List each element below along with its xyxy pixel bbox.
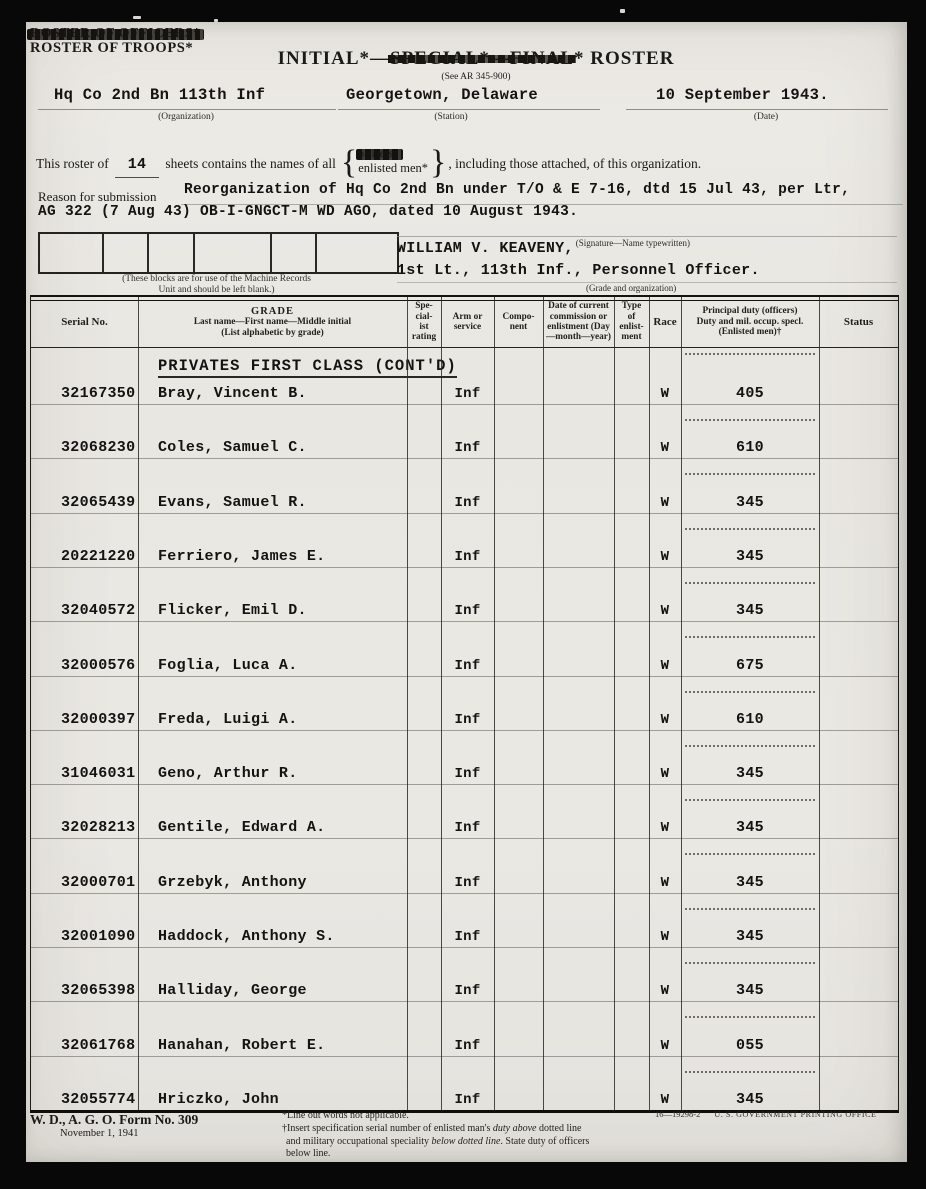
cell-specialist-rating (407, 511, 441, 513)
print-office: U. S. GOVERNMENT PRINTING OFFICE (714, 1110, 876, 1119)
column-header-grade-name: GRADELast name—First name—Middle initial… (138, 297, 407, 347)
sentence-part2: sheets contains the names of all (165, 156, 336, 178)
cell-race: W (649, 712, 681, 730)
cell-race: W (649, 440, 681, 458)
column-header-date-enlistment: Date of currentcommission orenlistment (… (543, 297, 614, 347)
footnote-3a: and military occupational speciality (286, 1136, 432, 1147)
cell-serial: 32001090 (31, 928, 138, 947)
cell-grade-name: Evans, Samuel R. (138, 494, 407, 513)
left-brace: { (341, 149, 357, 178)
cell-arm-service: Inf (441, 549, 494, 567)
cell-status (819, 891, 898, 893)
cell-component (494, 1054, 543, 1056)
cell-component (494, 456, 543, 458)
cell-arm-service: Inf (441, 983, 494, 1001)
footnote-3c: . State duty of officers (500, 1136, 589, 1147)
cell-component (494, 782, 543, 784)
column-header-race: Race (649, 297, 681, 347)
cell-arm-service: Inf (441, 658, 494, 676)
cell-status (819, 999, 898, 1001)
cell-date-enlistment (543, 945, 614, 947)
column-divider (681, 297, 682, 1110)
roster-sentence: This roster of 14 sheets contains the na… (36, 148, 701, 178)
signature-line: WILLIAM V. KEAVENY, (Signature—Name type… (397, 240, 690, 257)
cell-serial: 32167350 (31, 385, 138, 404)
column-header-line: enlist- (619, 322, 643, 332)
cell-type-enlistment (614, 565, 649, 567)
column-header-line: Status (844, 316, 873, 328)
roster-table-body: PRIVATES FIRST CLASS (CONT'D)32167350Bra… (31, 347, 898, 1110)
cell-race: W (649, 549, 681, 567)
cell-specialist-rating (407, 836, 441, 838)
cell-grade-name: Foglia, Luca A. (138, 657, 407, 676)
cell-type-enlistment (614, 728, 649, 730)
cell-grade-name: Hriczko, John (138, 1091, 407, 1110)
column-header-line: enlistment (Day (547, 322, 610, 332)
column-header-serial: Serial No. (31, 297, 138, 347)
print-info: 16—19298-2 U. S. GOVERNMENT PRINTING OFF… (655, 1109, 877, 1119)
footnote-2a: †Insert specification serial number of e… (282, 1123, 493, 1134)
cell-race: W (649, 875, 681, 893)
cell-grade-name: Geno, Arthur R. (138, 765, 407, 784)
cell-date-enlistment (543, 511, 614, 513)
cell-race: W (649, 820, 681, 838)
cell-principal-duty: 405 (681, 385, 819, 404)
reason-line2: AG 322 (7 Aug 43) OB-I-GNGCT-M WD AGO, d… (38, 204, 578, 220)
cell-principal-duty: 610 (681, 439, 819, 458)
table-row: 32000576Foglia, Luca A.InfW675 (31, 623, 898, 677)
table-row: 32028213Gentile, Edward A.InfW345 (31, 785, 898, 839)
cell-status (819, 402, 898, 404)
cell-date-enlistment (543, 619, 614, 621)
column-header-line: Type (622, 301, 641, 311)
machine-records-box (38, 232, 399, 274)
column-divider (543, 297, 544, 1110)
column-divider (138, 297, 139, 1110)
column-divider (649, 297, 650, 1110)
cell-type-enlistment (614, 836, 649, 838)
column-header-component: Compo-nent (494, 297, 543, 347)
form-number: W. D., A. G. O. Form No. 309 (30, 1112, 198, 1128)
cell-race: W (649, 658, 681, 676)
column-header-line: Last name—First name—Middle initial (194, 317, 351, 327)
cell-arm-service: Inf (441, 603, 494, 621)
table-row: 32065439Evans, Samuel R.InfW345 (31, 460, 898, 514)
station-field-value: Georgetown, Delaware (346, 86, 538, 104)
column-header-line: (Enlisted men)† (719, 327, 782, 337)
title-reference: (See AR 345-900) (236, 72, 716, 82)
cell-principal-duty: 345 (681, 765, 819, 784)
cell-serial: 32061768 (31, 1037, 138, 1056)
cell-date-enlistment (543, 782, 614, 784)
column-header-line: Compo- (502, 312, 534, 322)
cell-status (819, 836, 898, 838)
cell-specialist-rating (407, 945, 441, 947)
cell-specialist-rating (407, 1108, 441, 1110)
column-header-status: Status (819, 297, 898, 347)
column-header-line: Duty and mil. occup. specl. (697, 317, 804, 327)
cell-component (494, 619, 543, 621)
station-field-label: (Station) (371, 112, 531, 122)
cell-date-enlistment (543, 999, 614, 1001)
cell-grade-name: Haddock, Anthony S. (138, 928, 407, 947)
cell-component (494, 836, 543, 838)
cell-date-enlistment (543, 1108, 614, 1110)
cell-date-enlistment (543, 565, 614, 567)
table-row: 32167350Bray, Vincent B.InfW405 (31, 351, 898, 405)
cell-status (819, 728, 898, 730)
cell-specialist-rating (407, 619, 441, 621)
cell-arm-service: Inf (441, 386, 494, 404)
cell-date-enlistment (543, 728, 614, 730)
cell-component (494, 728, 543, 730)
cell-component (494, 565, 543, 567)
cell-race: W (649, 603, 681, 621)
cell-principal-duty: 345 (681, 928, 819, 947)
enlisted-men-option: enlisted men* (358, 161, 428, 175)
column-divider (441, 297, 442, 1110)
title-pre: INITIAL*— (278, 48, 390, 69)
column-header-line: service (454, 322, 481, 332)
table-row: 32065398Halliday, GeorgeInfW345 (31, 948, 898, 1002)
cell-type-enlistment (614, 402, 649, 404)
machine-box-divider (270, 234, 272, 272)
footnote-3: and military occupational speciality bel… (282, 1136, 674, 1149)
cell-status (819, 565, 898, 567)
footnote-2b: duty above (493, 1123, 537, 1134)
cell-status (819, 674, 898, 676)
cell-specialist-rating (407, 728, 441, 730)
column-divider (819, 297, 820, 1110)
cell-race: W (649, 1038, 681, 1056)
table-row: 32068230Coles, Samuel C.InfW610 (31, 405, 898, 459)
roster-of-troops-heading: ROSTER OF TROOPS* (30, 40, 193, 57)
cell-grade-name: Flicker, Emil D. (138, 602, 407, 621)
cell-serial: 32068230 (31, 439, 138, 458)
column-header-arm-service: Arm orservice (441, 297, 494, 347)
cell-date-enlistment (543, 891, 614, 893)
cell-date-enlistment (543, 674, 614, 676)
column-divider (614, 297, 615, 1110)
organization-rule (38, 109, 336, 110)
cell-status (819, 1054, 898, 1056)
column-header-line: Spe- (415, 301, 433, 311)
cell-grade-name: Ferriero, James E. (138, 548, 407, 567)
cell-grade-name: Coles, Samuel C. (138, 439, 407, 458)
cell-arm-service: Inf (441, 1092, 494, 1110)
signature-grade: 1st Lt., 113th Inf., Personnel Officer. (397, 262, 760, 279)
column-header-line: ment (621, 332, 641, 342)
date-field-label: (Date) (686, 112, 846, 122)
page-title: INITIAL*—SPECIAL*—FINAL* ROSTER (236, 48, 716, 70)
reason-label: Reason for submission (38, 189, 156, 205)
cell-type-enlistment (614, 674, 649, 676)
brace-options: officers* enlisted men* (358, 148, 428, 178)
print-code: 16—19298-2 (655, 1109, 700, 1119)
cell-arm-service: Inf (441, 1038, 494, 1056)
table-row: 20221220Ferriero, James E.InfW345 (31, 514, 898, 568)
cell-arm-service: Inf (441, 820, 494, 838)
cell-type-enlistment (614, 511, 649, 513)
cell-serial: 32040572 (31, 602, 138, 621)
footnotes: *Line out words not applicable. †Insert … (282, 1110, 674, 1161)
cell-serial: 20221220 (31, 548, 138, 567)
cell-type-enlistment (614, 945, 649, 947)
roster-table: Serial No.GRADELast name—First name—Midd… (30, 295, 899, 1113)
cell-component (494, 999, 543, 1001)
cell-status (819, 1108, 898, 1110)
date-rule (626, 109, 888, 110)
cell-arm-service: Inf (441, 440, 494, 458)
column-divider (407, 297, 408, 1110)
cell-principal-duty: 675 (681, 657, 819, 676)
cell-specialist-rating (407, 456, 441, 458)
cell-grade-name: Gentile, Edward A. (138, 819, 407, 838)
cell-arm-service: Inf (441, 875, 494, 893)
cell-principal-duty: 055 (681, 1037, 819, 1056)
cell-race: W (649, 1092, 681, 1110)
cell-arm-service: Inf (441, 929, 494, 947)
cell-serial: 32065398 (31, 982, 138, 1001)
table-row: 32000397Freda, Luigi A.InfW610 (31, 677, 898, 731)
cell-race: W (649, 386, 681, 404)
column-header-line: rating (412, 332, 436, 342)
cell-type-enlistment (614, 1054, 649, 1056)
cell-status (819, 782, 898, 784)
cell-grade-name: Freda, Luigi A. (138, 711, 407, 730)
cell-serial: 32000701 (31, 874, 138, 893)
cell-specialist-rating (407, 891, 441, 893)
cell-serial: 32065439 (31, 494, 138, 513)
footnote-3b: below dotted line (432, 1136, 501, 1147)
cell-status (819, 945, 898, 947)
right-brace: } (430, 149, 446, 178)
column-header-line: Race (653, 316, 676, 328)
column-header-line: ist (419, 322, 428, 332)
cell-specialist-rating (407, 674, 441, 676)
cell-grade-name: Grzebyk, Anthony (138, 874, 407, 893)
cell-serial: 32000576 (31, 657, 138, 676)
title-struck-words: SPECIAL*—FINAL (390, 48, 574, 70)
footnote-2: †Insert specification serial number of e… (282, 1123, 674, 1136)
reason-line1: Reorganization of Hq Co 2nd Bn under T/O… (184, 182, 850, 198)
cell-type-enlistment (614, 891, 649, 893)
cell-grade-name: Bray, Vincent B. (138, 385, 407, 404)
cell-grade-name: Hanahan, Robert E. (138, 1037, 407, 1056)
cell-race: W (649, 983, 681, 1001)
machine-box-divider (315, 234, 317, 272)
signature-name-label: (Signature—Name typewritten) (576, 238, 690, 248)
cell-component (494, 945, 543, 947)
cell-specialist-rating (407, 565, 441, 567)
column-header-line: commission or (550, 312, 608, 322)
cell-date-enlistment (543, 1054, 614, 1056)
cell-principal-duty: 345 (681, 602, 819, 621)
cell-arm-service: Inf (441, 712, 494, 730)
column-header-line: (List alphabetic by grade) (221, 328, 324, 338)
table-row: 32055774Hriczko, JohnInfW345 (31, 1057, 898, 1110)
footnote-2c: dotted line (537, 1123, 582, 1134)
cell-principal-duty: 345 (681, 819, 819, 838)
machine-box-caption: (These blocks are for use of the Machine… (38, 274, 395, 297)
cell-status (819, 619, 898, 621)
date-field-value: 10 September 1943. (656, 86, 829, 104)
table-row: 32000701Grzebyk, AnthonyInfW345 (31, 840, 898, 894)
form-date: November 1, 1941 (60, 1128, 138, 1139)
cell-serial: 32028213 (31, 819, 138, 838)
sentence-part3: , including those attached, of this orga… (448, 156, 701, 178)
table-row: 32040572Flicker, Emil D.InfW345 (31, 568, 898, 622)
scan-speck (133, 16, 141, 19)
cell-type-enlistment (614, 782, 649, 784)
cell-type-enlistment (614, 999, 649, 1001)
column-header-line: Principal duty (officers) (702, 306, 797, 316)
cell-race: W (649, 495, 681, 513)
signature-grade-label: (Grade and organization) (586, 283, 676, 293)
cell-type-enlistment (614, 456, 649, 458)
cell-type-enlistment (614, 619, 649, 621)
cell-principal-duty: 610 (681, 711, 819, 730)
cell-specialist-rating (407, 999, 441, 1001)
column-header-specialist-rating: Spe-cial-istrating (407, 297, 441, 347)
cell-component (494, 511, 543, 513)
cell-principal-duty: 345 (681, 982, 819, 1001)
column-header-line: Serial No. (61, 316, 107, 328)
cell-arm-service: Inf (441, 495, 494, 513)
scanned-document-page: { "page": { "crossed_header": "ROSTER OF… (0, 0, 926, 1189)
cell-grade-name: Halliday, George (138, 982, 407, 1001)
cell-status (819, 456, 898, 458)
scan-speck (620, 9, 625, 13)
table-row: 32061768Hanahan, Robert E.InfW055 (31, 1003, 898, 1057)
cell-principal-duty: 345 (681, 548, 819, 567)
cell-serial: 32000397 (31, 711, 138, 730)
title-post: * ROSTER (574, 48, 674, 69)
cell-date-enlistment (543, 836, 614, 838)
cell-component (494, 1108, 543, 1110)
cell-serial: 32055774 (31, 1091, 138, 1110)
footnote-4: below line. (282, 1148, 674, 1161)
crossed-out-officers-option: officers* (358, 148, 399, 161)
column-header-line: Arm or (453, 312, 483, 322)
signature-name: WILLIAM V. KEAVENY, (397, 240, 574, 257)
column-header-line: Date of current (548, 301, 609, 311)
document-paper: ROSTER OF OFFICERS* ROSTER OF TROOPS* IN… (26, 22, 907, 1162)
column-header-line: GRADE (251, 306, 294, 318)
machine-box-divider (102, 234, 104, 272)
machine-box-divider (193, 234, 195, 272)
cell-principal-duty: 345 (681, 494, 819, 513)
cell-serial: 31046031 (31, 765, 138, 784)
cell-principal-duty: 345 (681, 1091, 819, 1110)
column-header-principal-duty: Principal duty (officers)Duty and mil. o… (681, 297, 819, 347)
station-rule (338, 109, 600, 110)
column-header-line: nent (510, 322, 528, 332)
cell-type-enlistment (614, 1108, 649, 1110)
sheet-count-value: 14 (115, 156, 160, 178)
cell-component (494, 674, 543, 676)
organization-field-label: (Organization) (106, 112, 266, 122)
machine-box-caption-line1: (These blocks are for use of the Machine… (38, 274, 395, 285)
roster-table-header: Serial No.GRADELast name—First name—Midd… (31, 297, 898, 348)
cell-date-enlistment (543, 402, 614, 404)
cell-status (819, 511, 898, 513)
cell-arm-service: Inf (441, 766, 494, 784)
cell-component (494, 402, 543, 404)
cell-specialist-rating (407, 782, 441, 784)
machine-box-divider (147, 234, 149, 272)
sentence-part1: This roster of (36, 156, 109, 178)
cell-specialist-rating (407, 402, 441, 404)
cell-race: W (649, 766, 681, 784)
table-row: 32001090Haddock, Anthony S.InfW345 (31, 894, 898, 948)
table-row: 31046031Geno, Arthur R.InfW345 (31, 731, 898, 785)
cell-date-enlistment (543, 456, 614, 458)
footnote-1: *Line out words not applicable. (282, 1110, 674, 1123)
column-divider (494, 297, 495, 1110)
column-header-type-enlistment: Typeofenlist-ment (614, 297, 649, 347)
organization-field-value: Hq Co 2nd Bn 113th Inf (54, 86, 265, 104)
cell-component (494, 891, 543, 893)
cell-principal-duty: 345 (681, 874, 819, 893)
column-header-line: cial- (415, 312, 432, 322)
signature-rule (397, 236, 897, 237)
cell-specialist-rating (407, 1054, 441, 1056)
column-header-line: of (628, 312, 636, 322)
cell-race: W (649, 929, 681, 947)
column-header-line: —month—year) (546, 332, 611, 342)
